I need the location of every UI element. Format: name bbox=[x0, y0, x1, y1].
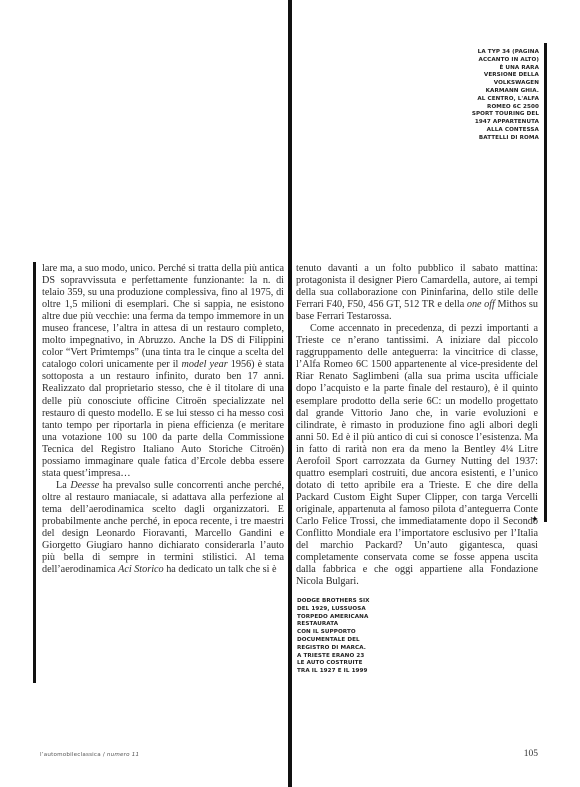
center-divider-rule bbox=[288, 0, 292, 787]
caption-line: RESTAURATA bbox=[297, 621, 370, 629]
text-run: lare ma, a suo modo, unico. Perché si tr… bbox=[42, 263, 284, 370]
left-column-rule bbox=[33, 262, 36, 683]
text-run: ha dedicato un talk che si è bbox=[164, 564, 277, 575]
issue-number: numero 11 bbox=[107, 752, 139, 758]
caption-line: DODGE BROTHERS SIX bbox=[297, 598, 370, 606]
caption-line: VOLKSWAGEN bbox=[472, 80, 539, 88]
caption-line: DEL 1929, LUSSUOSA bbox=[297, 606, 370, 614]
paragraph: lare ma, a suo modo, unico. Perché si tr… bbox=[42, 263, 284, 480]
caption-line: DOCUMENTALE DEL bbox=[297, 637, 370, 645]
photo-caption-top: LA TYP 34 (PAGINA ACCANTO IN ALTO) È UNA… bbox=[472, 49, 539, 143]
text-run: 1956) è stata sottoposta a un restauro i… bbox=[42, 359, 284, 478]
text-run: La bbox=[56, 480, 70, 491]
caption-line: È UNA RARA bbox=[472, 65, 539, 73]
caption-line: A TRIESTE ERANO 23 bbox=[297, 653, 370, 661]
caption-line: CON IL SUPPORTO bbox=[297, 629, 370, 637]
paragraph: tenuto davanti a un folto pubblico il sa… bbox=[296, 263, 538, 323]
text-run: ha prevalso sulle concorrenti anche perc… bbox=[42, 480, 284, 575]
page-number: 105 bbox=[524, 749, 538, 759]
end-of-article-icon: ✦ bbox=[531, 516, 539, 525]
paragraph: Come accennato in precedenza, di pezzi i… bbox=[296, 323, 538, 588]
caption-line: TORPEDO AMERICANA bbox=[297, 614, 370, 622]
caption-line: LA TYP 34 (PAGINA bbox=[472, 49, 539, 57]
caption-line: 1947 APPARTENUTA bbox=[472, 119, 539, 127]
photo-caption-bottom: DODGE BROTHERS SIX DEL 1929, LUSSUOSA TO… bbox=[297, 598, 370, 676]
caption-line: ALLA CONTESSA bbox=[472, 127, 539, 135]
italic-text-run: Deesse bbox=[70, 480, 99, 491]
caption-line: VERSIONE DELLA bbox=[472, 72, 539, 80]
right-column-rule bbox=[544, 43, 547, 522]
italic-text-run: one off bbox=[467, 299, 495, 310]
italic-text-run: model year bbox=[182, 359, 228, 370]
article-column-left: lare ma, a suo modo, unico. Perché si tr… bbox=[42, 263, 284, 576]
magazine-name: l’automobileclassica / bbox=[40, 752, 107, 758]
paragraph: La Deesse ha prevalso sulle concorrenti … bbox=[42, 480, 284, 576]
caption-line: SPORT TOURING DEL bbox=[472, 111, 539, 119]
article-column-right: tenuto davanti a un folto pubblico il sa… bbox=[296, 263, 538, 588]
italic-text-run: Aci Storico bbox=[118, 564, 164, 575]
magazine-footer: l’automobileclassica / numero 11 bbox=[40, 752, 139, 758]
caption-line: AL CENTRO, L'ALFA bbox=[472, 96, 539, 104]
caption-line: TRA IL 1927 E IL 1999 bbox=[297, 668, 370, 676]
caption-line: LE AUTO COSTRUITE bbox=[297, 660, 370, 668]
caption-line: ACCANTO IN ALTO) bbox=[472, 57, 539, 65]
caption-line: KARMANN GHIA. bbox=[472, 88, 539, 96]
caption-line: ROMEO 6C 2500 bbox=[472, 104, 539, 112]
caption-line: BATTELLI DI ROMA bbox=[472, 135, 539, 143]
caption-line: REGISTRO DI MARCA. bbox=[297, 645, 370, 653]
